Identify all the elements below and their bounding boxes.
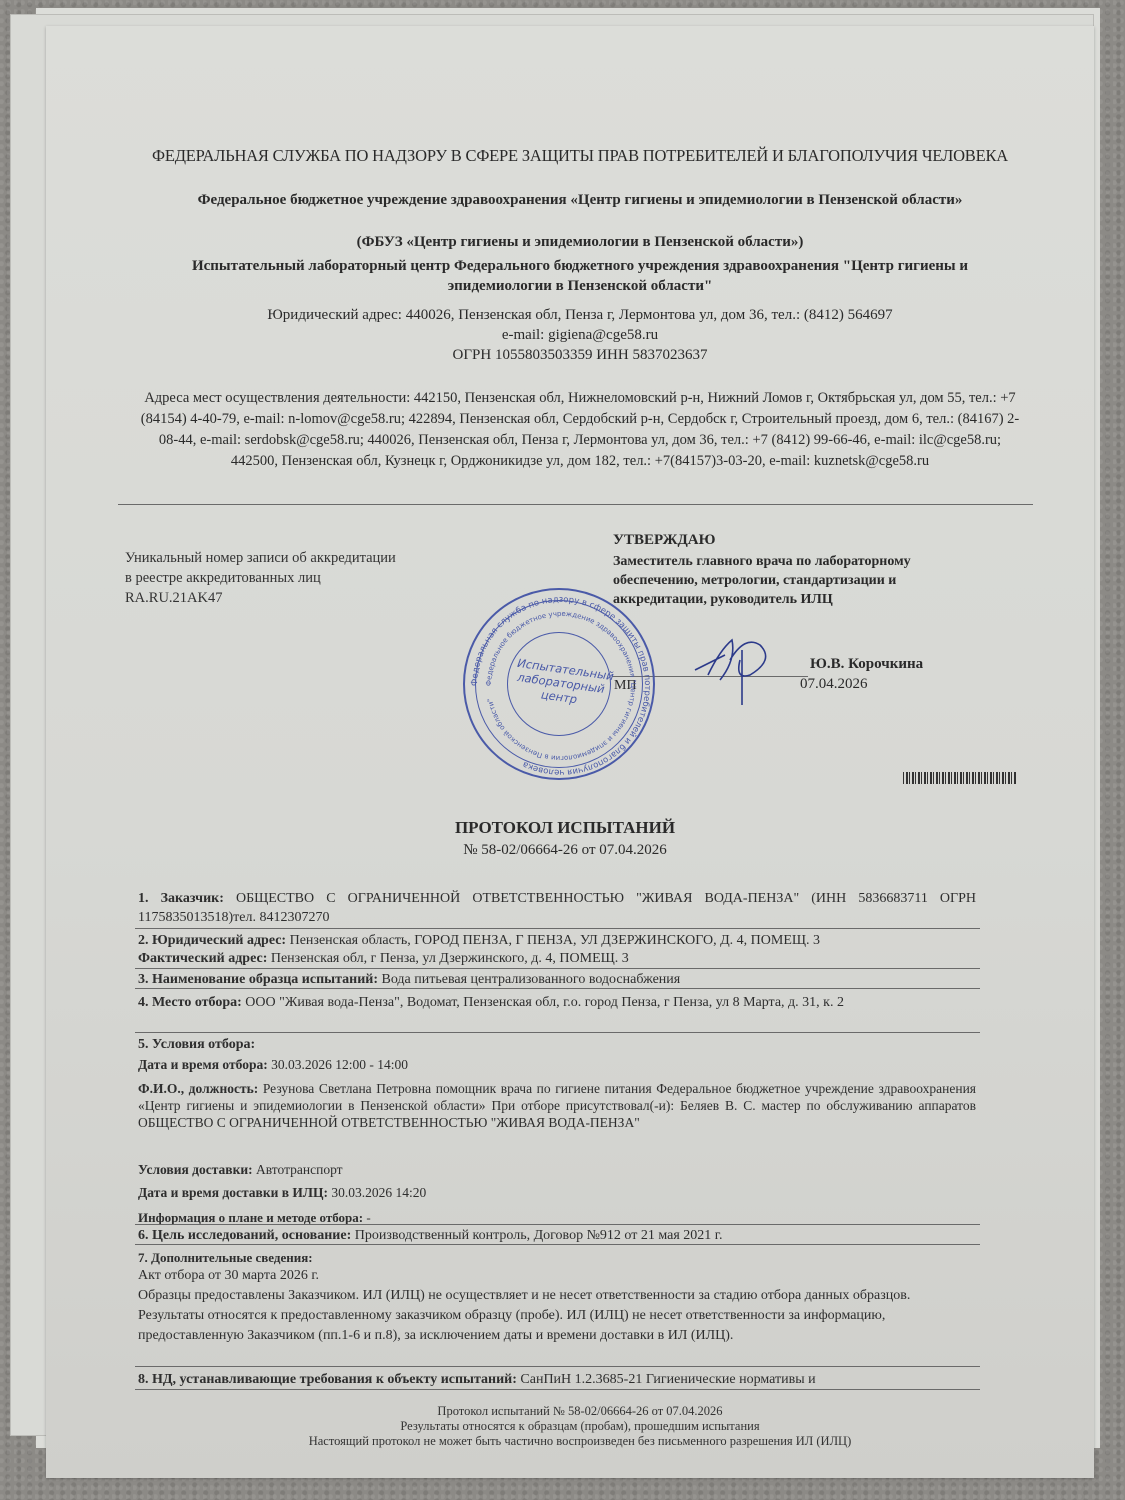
signature-icon — [690, 630, 780, 710]
section-sample-name: 3. Наименование образца испытаний: Вода … — [138, 970, 976, 989]
institution-short-name: (ФБУЗ «Центр гигиены и эпидемиологии в П… — [150, 232, 1010, 252]
section-extra-info: 7. Дополнительные сведения: — [138, 1248, 976, 1267]
customer-label: 1. Заказчик: — [138, 891, 224, 906]
section-customer: 1. Заказчик: ОБЩЕСТВО С ОГРАНИЧЕННОЙ ОТВ… — [138, 889, 976, 927]
approval-position: Заместитель главного врача по лабораторн… — [613, 552, 953, 609]
section-sampling-place: 4. Место отбора: ООО "Живая вода-Пенза",… — [138, 992, 976, 1013]
approval-date: 07.04.2026 — [800, 676, 868, 693]
activity-addresses: Адреса мест осуществления деятельности: … — [140, 388, 1020, 472]
lab-center-name: Испытательный лабораторный центр Федерал… — [150, 256, 1010, 296]
accreditation-number: RA.RU.21AK47 — [125, 588, 505, 608]
section-purpose: 6. Цель исследований, основание: Произво… — [138, 1226, 976, 1245]
section-actual-address: Фактический адрес: Пензенская обл, г Пен… — [138, 949, 976, 968]
delivery-conditions: Условия доставки: Автотранспорт — [138, 1160, 976, 1179]
signatory-name: Ю.В. Корочкина — [810, 656, 923, 673]
footer-results-note: Результаты относятся к образцам (пробам)… — [230, 1419, 930, 1434]
footer-protocol-number: Протокол испытаний № 58-02/06664-26 от 0… — [230, 1404, 930, 1419]
footer-reproduction-note: Настоящий протокол не может быть частичн… — [230, 1434, 930, 1449]
section-legal-address: 2. Юридический адрес: Пензенская область… — [138, 931, 976, 950]
customer-value: ОБЩЕСТВО С ОГРАНИЧЕННОЙ ОТВЕТСТВЕННОСТЬЮ… — [138, 891, 976, 925]
sampler-person: Ф.И.О., должность: Резунова Светлана Пет… — [138, 1080, 976, 1131]
protocol-number: № 58-02/06664-26 от 07.04.2026 — [380, 842, 750, 859]
header-divider — [118, 504, 1033, 505]
agency-name: ФЕДЕРАЛЬНАЯ СЛУЖБА ПО НАДЗОРУ В СФЕРЕ ЗА… — [150, 145, 1010, 166]
ogrn-inn: ОГРН 1055803503359 ИНН 5837023637 — [150, 345, 1010, 365]
accreditation-line-2: в реестре аккредитованных лиц — [125, 568, 505, 588]
protocol-title: ПРОТОКОЛ ИСПЫТАНИЙ — [380, 818, 750, 838]
extra-info-text: Акт отбора от 30 марта 2026 г. Образцы п… — [138, 1266, 976, 1346]
accreditation-block: Уникальный номер записи об аккредитации … — [125, 548, 505, 608]
delivery-datetime: Дата и время доставки в ИЛЦ: 30.03.2026 … — [138, 1183, 976, 1202]
official-stamp: Федеральная служба по надзору в сфере за… — [463, 588, 655, 780]
section-normative-docs: 8. НД, устанавливающие требования к объе… — [138, 1370, 976, 1389]
accreditation-line-1: Уникальный номер записи об аккредитации — [125, 548, 505, 568]
institution-name: Федеральное бюджетное учреждение здравоо… — [150, 190, 1010, 210]
barcode-icon — [903, 772, 1017, 784]
sampling-datetime: Дата и время отбора: 30.03.2026 12:00 - … — [138, 1055, 976, 1074]
approval-title: УТВЕРЖДАЮ — [613, 532, 716, 549]
legal-address: Юридический адрес: 440026, Пензенская об… — [150, 305, 1010, 325]
email: e-mail: gigiena@cge58.ru — [150, 325, 1010, 345]
section-conditions: 5. Условия отбора: — [138, 1035, 976, 1054]
